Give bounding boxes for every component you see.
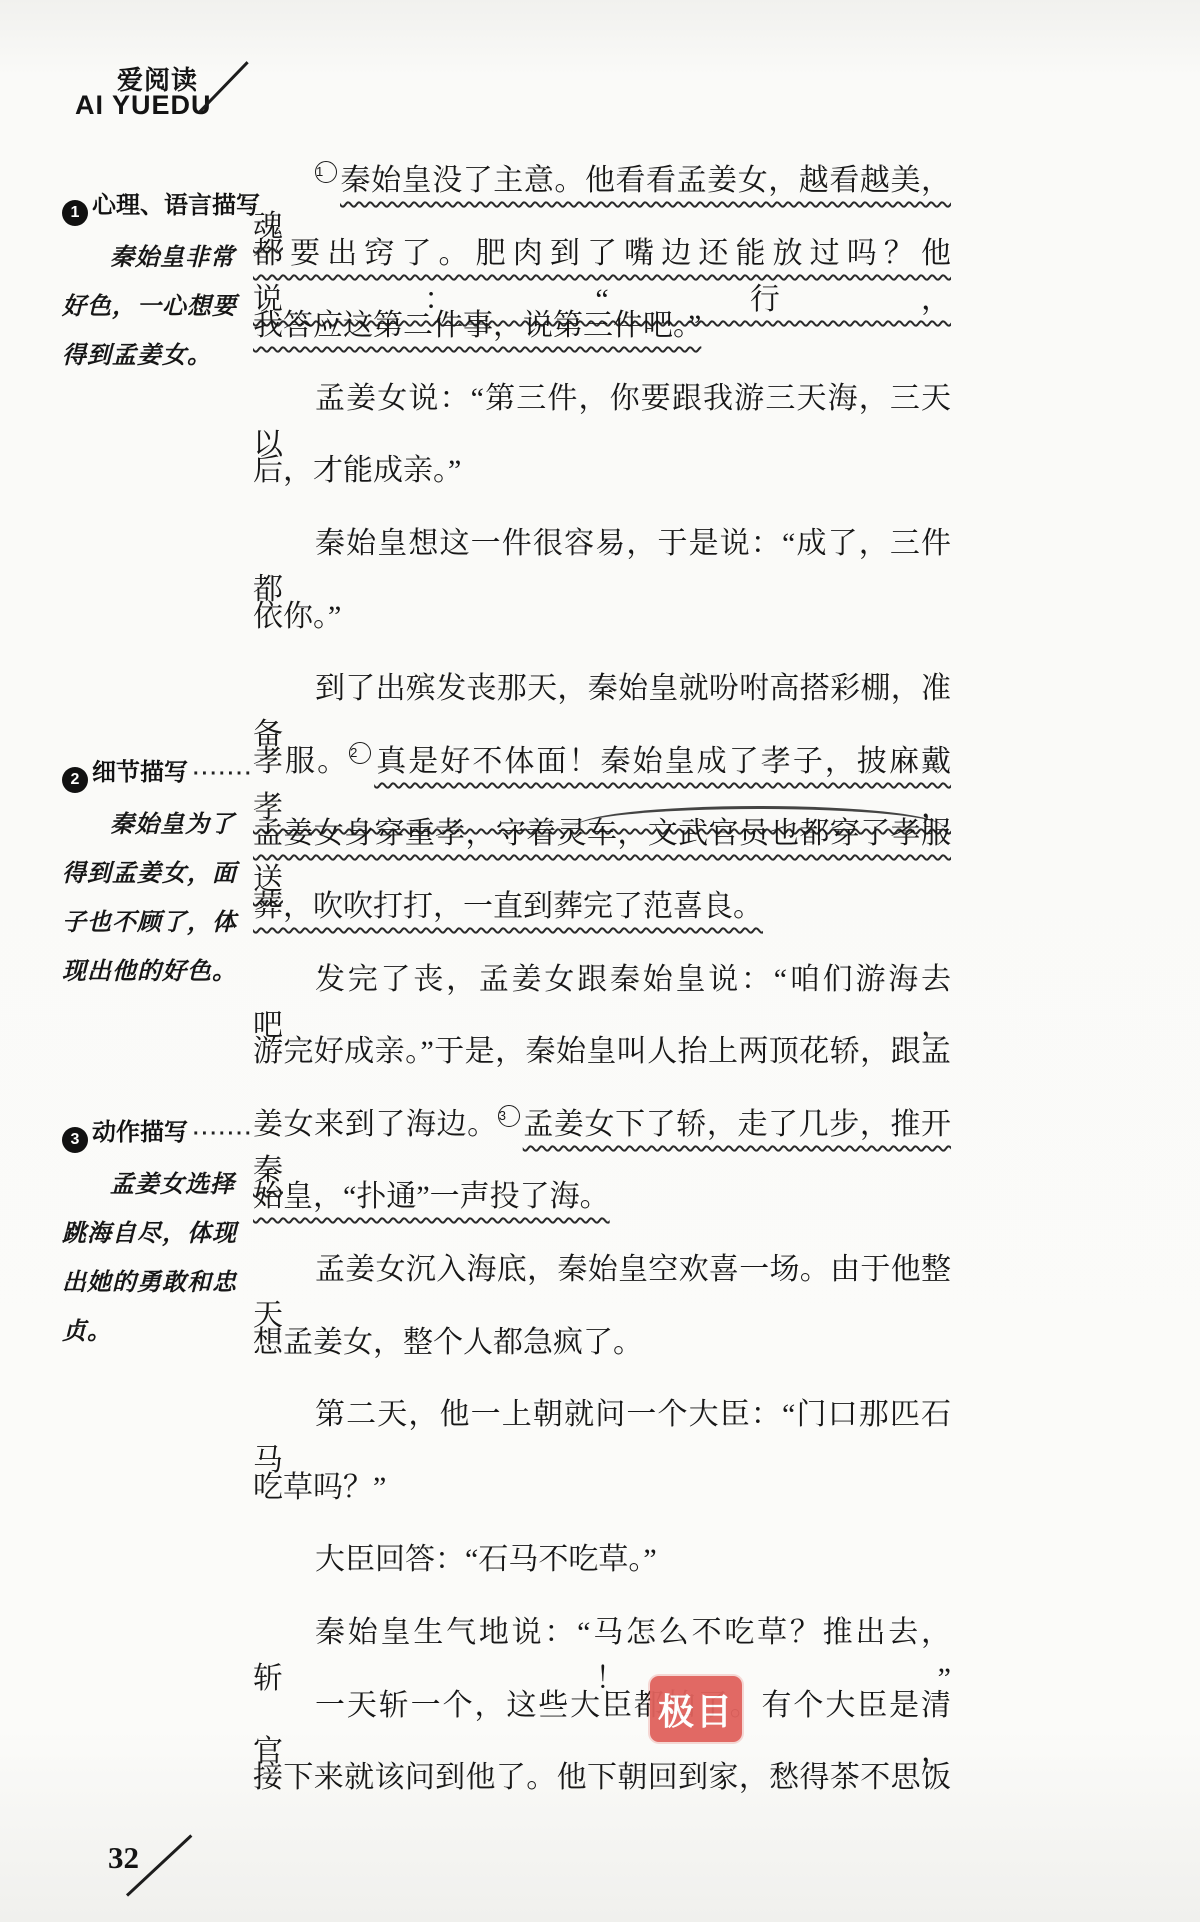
note-body-line: 跳海自尽，体现 bbox=[62, 1210, 262, 1259]
text-line: 大臣回答：“石马不吃草。” bbox=[253, 1537, 951, 1583]
book-page: 爱阅读 AI YUEDU 1心理、语言描写秦始皇非常好色，一心想要得到孟姜女。2… bbox=[0, 0, 1200, 1922]
text-segment: 大臣回答：“石马不吃草。” bbox=[315, 1543, 657, 1576]
text-line: 1秦始皇没了主意。他看看孟姜女，越看越美，魂 bbox=[253, 158, 951, 204]
text-line: 始皇，“扑通”一声投了海。 bbox=[253, 1174, 951, 1220]
text-segment: 姜女来到了海边。 bbox=[253, 1108, 498, 1141]
text-line: 孝服。2真是好不体面！秦始皇成了孝子，披麻戴孝， bbox=[253, 739, 951, 785]
text-segment: 后，才能成亲。” bbox=[253, 454, 461, 487]
numbered-bullet-icon: 3 bbox=[62, 1127, 88, 1153]
text-line: 秦始皇想这一件很容易，于是说：“成了，三件都 bbox=[253, 521, 951, 567]
dotted-leader-icon: ······· bbox=[193, 1123, 254, 1145]
note-body-line: 秦始皇非常 bbox=[62, 234, 262, 283]
text-line: 想孟姜女，整个人都急疯了。 bbox=[253, 1320, 951, 1366]
slash-decoration-icon bbox=[198, 61, 249, 113]
note-body-line: 子也不顾了，体 bbox=[62, 899, 262, 948]
underlined-passage: 始皇，“扑通”一声投了海。 bbox=[253, 1180, 610, 1213]
text-line: 到了出殡发丧那天，秦始皇就吩咐高搭彩棚，准备 bbox=[253, 666, 951, 712]
note-heading: 1心理、语言描写 bbox=[62, 185, 262, 226]
text-segment: 吃草吗？” bbox=[253, 1471, 386, 1504]
note-heading: 2细节描写······· bbox=[62, 752, 262, 793]
text-line: 一天斩一个，这些大臣都怕了。有个大臣是清官， bbox=[253, 1683, 951, 1729]
text-line: 秦始皇生气地说：“马怎么不吃草？推出去，斩！” bbox=[253, 1610, 951, 1656]
annotation-marker-icon: 1 bbox=[315, 161, 337, 183]
underlined-passage: 我答应这第二件事，说第三件吧。” bbox=[253, 309, 701, 342]
note-body-line: 现出他的好色。 bbox=[62, 948, 262, 997]
text-segment: 想孟姜女，整个人都急疯了。 bbox=[253, 1326, 643, 1359]
dotted-leader-icon: ······· bbox=[193, 763, 254, 785]
brand-name-english: AI YUEDU bbox=[75, 90, 212, 121]
text-line: 依你。” bbox=[253, 594, 951, 640]
text-segment: 游完好成亲。”于是，秦始皇叫人抬上两顶花轿，跟孟 bbox=[253, 1035, 951, 1068]
note-body-line: 贞。 bbox=[62, 1308, 262, 1357]
annotation-marker-icon: 2 bbox=[349, 742, 371, 764]
note-body-line: 好色，一心想要 bbox=[62, 283, 262, 332]
note-body-line: 秦始皇为了 bbox=[62, 801, 262, 850]
note-body-line: 得到孟姜女，面 bbox=[62, 850, 262, 899]
note-title: 心理、语言描写 bbox=[92, 192, 260, 219]
margin-note-1: 1心理、语言描写秦始皇非常好色，一心想要得到孟姜女。 bbox=[62, 185, 262, 381]
note-body-line: 得到孟姜女。 bbox=[62, 332, 262, 381]
text-line: 吃草吗？” bbox=[253, 1465, 951, 1511]
text-line: 孟姜女说：“第三件，你要跟我游三天海，三天以 bbox=[253, 376, 951, 422]
margin-note-2: 2细节描写·······秦始皇为了得到孟姜女，面子也不顾了，体现出他的好色。 bbox=[62, 752, 262, 997]
text-line: 后，才能成亲。” bbox=[253, 448, 951, 494]
note-title: 动作描写 bbox=[92, 1119, 188, 1146]
text-line: 发完了丧，孟姜女跟秦始皇说：“咱们游海去吧， bbox=[253, 957, 951, 1003]
text-segment: 依你。” bbox=[253, 600, 341, 633]
text-line: 第二天，他一上朝就问一个大臣：“门口那匹石马 bbox=[253, 1392, 951, 1438]
text-line: 姜女来到了海边。3孟姜女下了轿，走了几步，推开秦 bbox=[253, 1102, 951, 1148]
text-line: 都要出窍了。肥肉到了嘴边还能放过吗？他说：“行， bbox=[253, 231, 951, 277]
numbered-bullet-icon: 2 bbox=[62, 767, 88, 793]
story-text: 1秦始皇没了主意。他看看孟姜女，越看越美，魂都要出窍了。肥肉到了嘴边还能放过吗？… bbox=[253, 0, 951, 1922]
numbered-bullet-icon: 1 bbox=[62, 200, 88, 226]
note-heading: 3动作描写······· bbox=[62, 1112, 262, 1153]
text-segment: 孝服。 bbox=[253, 745, 349, 778]
text-line: 接下来就该问到他了。他下朝回到家，愁得茶不思饭 bbox=[253, 1755, 951, 1801]
note-title: 细节描写 bbox=[92, 759, 188, 786]
note-body-line: 出她的勇敢和忠 bbox=[62, 1259, 262, 1308]
text-segment: 接下来就该问到他了。他下朝回到家，愁得茶不思饭 bbox=[253, 1761, 951, 1794]
text-line: 孟姜女沉入海底，秦始皇空欢喜一场。由于他整天 bbox=[253, 1247, 951, 1293]
annotation-marker-icon: 3 bbox=[498, 1105, 520, 1127]
text-line: 游完好成亲。”于是，秦始皇叫人抬上两顶花轿，跟孟 bbox=[253, 1029, 951, 1075]
margin-note-3: 3动作描写·······孟姜女选择跳海自尽，体现出她的勇敢和忠贞。 bbox=[62, 1112, 262, 1357]
watermark-badge: 极目 bbox=[650, 1676, 742, 1742]
page-number: 32 bbox=[108, 1840, 139, 1876]
text-line: 我答应这第二件事，说第三件吧。” bbox=[253, 303, 951, 349]
underlined-passage: 葬，吹吹打打，一直到葬完了范喜良。 bbox=[253, 890, 763, 923]
note-body-line: 孟姜女选择 bbox=[62, 1161, 262, 1210]
text-line: 葬，吹吹打打，一直到葬完了范喜良。 bbox=[253, 884, 951, 930]
